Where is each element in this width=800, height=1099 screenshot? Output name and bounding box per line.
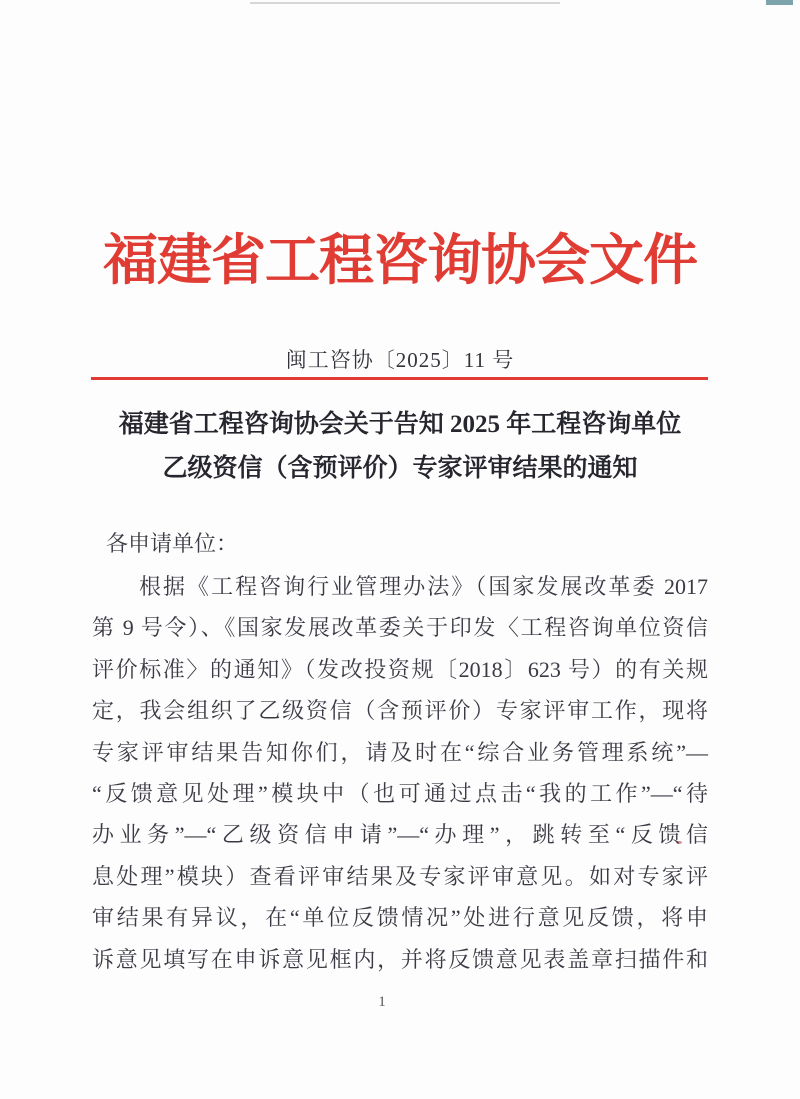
body-line: “反馈意见处理”模块中（也可通过点击“我的工作”—“待: [92, 773, 708, 814]
page-number: 1: [0, 994, 782, 1011]
body-line: 诉意见填写在申诉意见框内，并将反馈意见表盖章扫描件和: [92, 939, 708, 980]
body-paragraph: 根据《工程咨询行业管理办法》（国家发展改革委 2017第 9 号令）、《国家发展…: [92, 566, 708, 980]
body-line: 评价标准〉的通知》（发改投资规〔2018〕623 号）的有关规: [92, 649, 708, 690]
letterhead-org-title: 福建省工程咨询协会文件: [0, 216, 800, 295]
scan-artifact-corner-mark: [766, 0, 793, 5]
notice-title-line-1: 福建省工程咨询协会关于告知 2025 年工程咨询单位: [0, 403, 800, 447]
document-page: 福建省工程咨询协会文件 闽工咨协〔2025〕11 号 福建省工程咨询协会关于告知…: [0, 0, 800, 1099]
letterhead-divider-rule: [91, 377, 708, 380]
body-line: 办业务”—“乙级资信申请”—“办理”，跳转至“反馈信: [92, 814, 708, 855]
body-line: 定，我会组织了乙级资信（含预评价）专家评审工作，现将: [92, 690, 708, 731]
body-line: 息处理”模块）查看评审结果及专家评审意见。如对专家评: [92, 856, 708, 897]
body-line: 第 9 号令）、《国家发展改革委关于印发〈工程咨询单位资信: [92, 607, 708, 648]
body-line: 审结果有异议，在“单位反馈情况”处进行意见反馈，将申: [92, 897, 708, 938]
salutation: 各申请单位：: [92, 523, 708, 564]
notice-title-line-2: 乙级资信（含预评价）专家评审结果的通知: [0, 447, 800, 491]
notice-title: 福建省工程咨询协会关于告知 2025 年工程咨询单位 乙级资信（含预评价）专家评…: [0, 403, 800, 491]
body-line: 专家评审结果告知你们，请及时在“综合业务管理系统”—: [92, 732, 708, 773]
scan-artifact-top-line: [250, 2, 560, 4]
body-line: 根据《工程咨询行业管理办法》（国家发展改革委 2017: [92, 566, 708, 607]
document-number: 闽工咨协〔2025〕11 号: [0, 344, 800, 374]
